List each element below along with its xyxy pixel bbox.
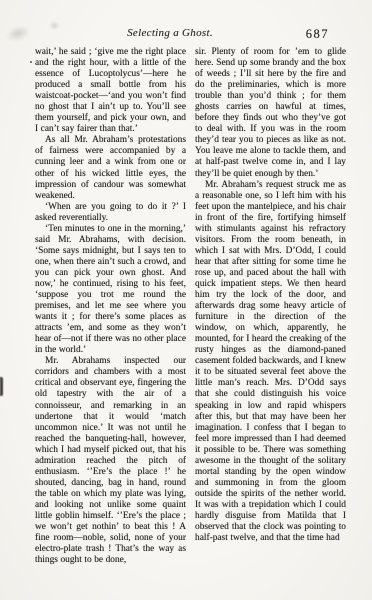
running-head: Selecting a Ghost. 687 bbox=[35, 27, 345, 43]
page-title: Selecting a Ghost. bbox=[35, 27, 305, 39]
paragraph: Mr. Abrahams inspected our corridors and… bbox=[35, 356, 186, 566]
paragraph: sir. Plenty of room for ’em to glide her… bbox=[195, 47, 346, 180]
scan-artifact bbox=[4, 23, 31, 45]
paragraph: ‘Ten minutes to one in the morning,’ sai… bbox=[35, 224, 186, 357]
left-column: wait,’ he said ; ‘give me the right plac… bbox=[35, 47, 186, 566]
paragraph: As all Mr. Abraham’s protestations of fa… bbox=[35, 135, 186, 201]
paragraph: ‘When are you going to do it ?’ I asked … bbox=[35, 202, 186, 224]
right-column: sir. Plenty of room for ’em to glide her… bbox=[195, 47, 346, 566]
paragraph: Mr. Abraham’s request struck me as a rea… bbox=[195, 180, 346, 545]
scan-artifact bbox=[30, 61, 32, 63]
text-block: wait,’ he said ; ‘give me the right plac… bbox=[35, 47, 346, 566]
paragraph: wait,’ he said ; ‘give me the right plac… bbox=[35, 47, 186, 135]
page-number: 687 bbox=[306, 27, 329, 42]
scan-artifact bbox=[0, 377, 3, 396]
scanned-book-page: Selecting a Ghost. 687 wait,’ he said ; … bbox=[0, 0, 372, 600]
